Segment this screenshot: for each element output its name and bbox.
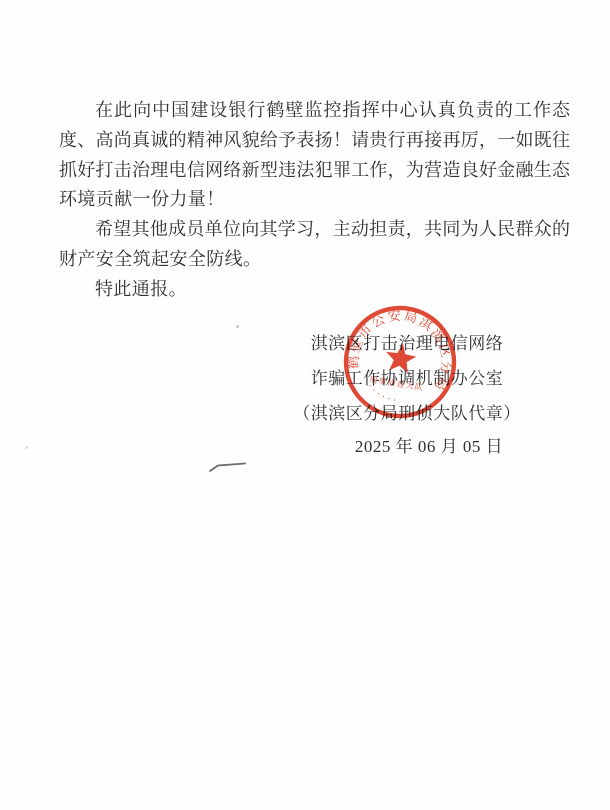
scanned-document-page: 在此向中国建设银行鹤壁监控指挥中心认真负责的工作态 度、高尚真诚的精神风貌给予表… bbox=[0, 0, 610, 810]
pen-stroke bbox=[210, 464, 245, 472]
body-line: 环境贡献一份力量！ bbox=[59, 185, 570, 215]
body-line: 特此通报。 bbox=[59, 275, 570, 305]
scan-speck bbox=[236, 325, 239, 328]
seal-center-text: 刑事侦查大队 bbox=[369, 374, 425, 393]
body-text: 在此向中国建设银行鹤壁监控指挥中心认真负责的工作态 度、高尚真诚的精神风貌给予表… bbox=[59, 96, 570, 305]
body-line: 在此向中国建设银行鹤壁监控指挥中心认真负责的工作态 bbox=[59, 96, 570, 126]
body-line: 抓好打击治理电信网络新型违法犯罪工作，为营造良好金融生态 bbox=[59, 156, 570, 186]
body-line: 希望其他成员单位向其学习，主动担责，共同为人民群众的 bbox=[59, 215, 570, 245]
pen-mark bbox=[208, 458, 250, 476]
body-line: 度、高尚真诚的精神风貌给予表扬！请贵行再接再厉，一如既往 bbox=[59, 126, 570, 156]
seal-graphic: 鹤壁市公安局淇滨区分局 刑事侦查大队 • • • • • • bbox=[340, 302, 460, 422]
date: 2025 年 06 月 05 日 bbox=[293, 431, 521, 462]
scan-speck bbox=[25, 446, 28, 449]
body-line: 财产安全筑起安全防线。 bbox=[59, 245, 570, 275]
star-icon bbox=[383, 341, 418, 374]
official-seal: 鹤壁市公安局淇滨区分局 刑事侦查大队 • • • • • • bbox=[340, 302, 460, 422]
